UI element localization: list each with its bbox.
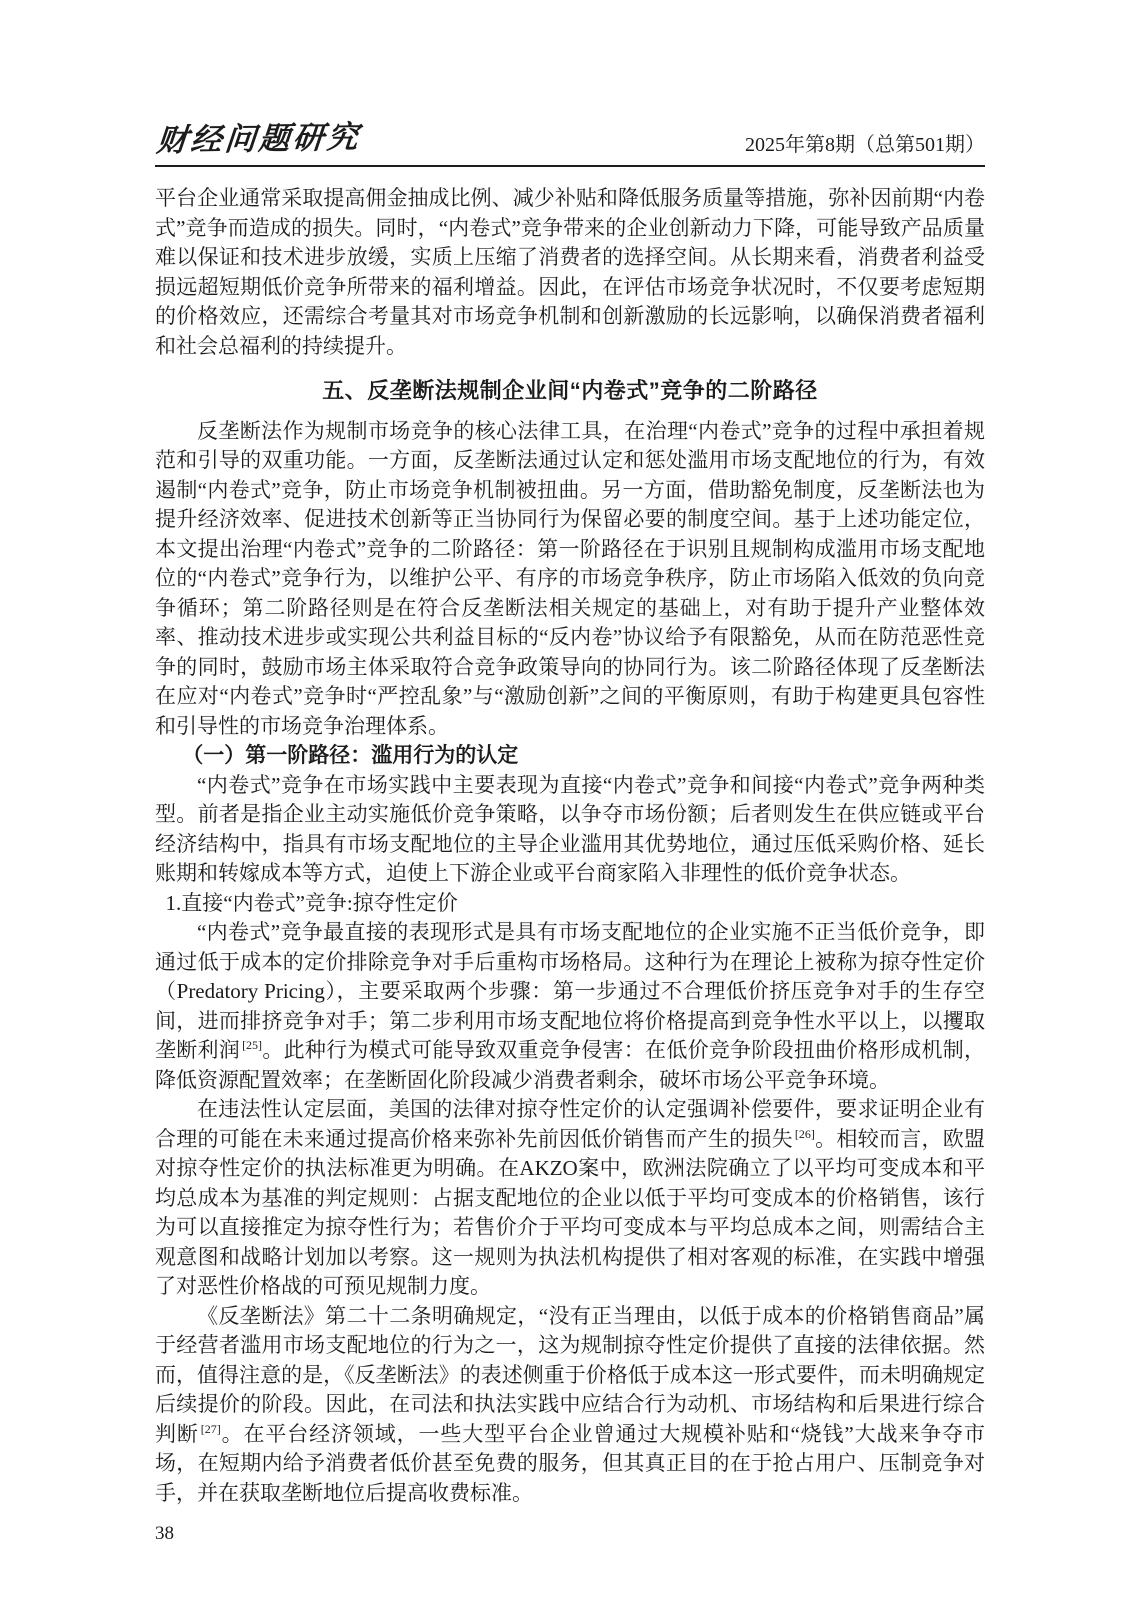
paragraph: 《反垄断法》第二十二条明确规定，“没有正当理由，以低于成本的价格销售商品”属于经… <box>155 1302 985 1509</box>
footnote-reference: [27] <box>199 1422 221 1436</box>
paragraph: 在违法性认定层面，美国的法律对掠夺性定价的认定强调补偿要件，要求证明企业有合理的… <box>155 1095 985 1302</box>
paragraph: 反垄断法作为规制市场竞争的核心法律工具，在治理“内卷式”竞争的过程中承担着规范和… <box>155 417 985 742</box>
paragraph: “内卷式”竞争在市场实践中主要表现为直接“内卷式”竞争和间接“内卷式”竞争两种类… <box>155 771 985 889</box>
section-heading: 五、反垄断法规制企业间“内卷式”竞争的二阶路径 <box>155 376 985 406</box>
article-body: 平台企业通常采取提高佣金抽成比例、减少补贴和降低服务质量等措施，弥补因前期“内卷… <box>155 184 985 1508</box>
numbered-heading: 1.直接“内卷式”竞争:掠夺性定价 <box>155 889 985 919</box>
footnote-reference: [26] <box>793 1127 815 1141</box>
paragraph-continuation: 平台企业通常采取提高佣金抽成比例、减少补贴和降低服务质量等措施，弥补因前期“内卷… <box>155 184 985 361</box>
journal-logo: 财经问题研究 <box>155 122 362 159</box>
paragraph-text: 。在平台经济领域，一些大型平台企业曾通过大规模补贴和“烧钱”大战来争夺市场，在短… <box>155 1422 985 1505</box>
subsection-heading: （一）第一阶路径：滥用行为的认定 <box>155 741 985 771</box>
page-header: 财经问题研究 2025年第8期（总第501期） <box>155 126 985 167</box>
journal-page: 财经问题研究 2025年第8期（总第501期） 平台企业通常采取提高佣金抽成比例… <box>0 0 1140 1600</box>
paragraph-text: 。此种行为模式可能导致双重竞争侵害：在低价竞争阶段扭曲价格形成机制，降低资源配置… <box>155 1038 985 1092</box>
footnote-reference: [25] <box>240 1038 262 1052</box>
paragraph: “内卷式”竞争最直接的表现形式是具有市场支配地位的企业实施不正当低价竞争，即通过… <box>155 918 985 1095</box>
paragraph-text: 。相较而言，欧盟对掠夺性定价的执法标准更为明确。在AKZO案中，欧洲法院确立了以… <box>155 1127 985 1299</box>
page-number: 38 <box>155 1523 985 1545</box>
issue-info: 2025年第8期（总第501期） <box>745 135 985 159</box>
